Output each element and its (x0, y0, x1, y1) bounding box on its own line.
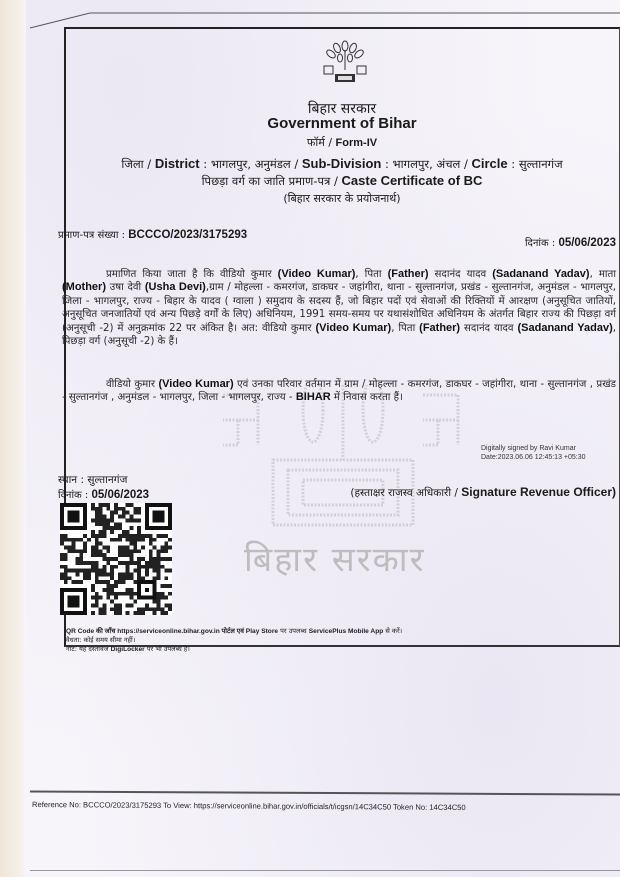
english-title: Government of Bihar (64, 115, 620, 132)
paper-edge (0, 0, 26, 877)
text: , पिता (391, 323, 419, 334)
text: उषा देवी (106, 282, 145, 293)
subdivision-label-en: Sub-Division (302, 156, 381, 171)
issue-date: दिनांक : 05/06/2023 (58, 487, 149, 501)
label-en: (Mother) (62, 281, 106, 293)
certificate-date: दिनांक : 05/06/2023 (525, 235, 616, 249)
certificate-number-label: प्रमाण-पत्र संख्या (58, 230, 118, 241)
bihar-emblem-icon (318, 38, 372, 84)
digital-signature-signer: Digitally signed by Ravi Kumar (481, 444, 586, 453)
text: , माता (590, 269, 616, 280)
text: पर भी उपलब्ध है। (145, 645, 190, 653)
district-label-hi: जिला (121, 157, 143, 171)
residence-paragraph: वीडियो कुमार (Video Kumar) एवं उनका परिव… (62, 378, 616, 405)
name-en: (Video Kumar) (278, 268, 356, 280)
name-en: (Video Kumar) (158, 378, 233, 390)
certificate-number: प्रमाण-पत्र संख्या : BCCCO/2023/3175293 (58, 227, 247, 241)
digital-signature: Digitally signed by Ravi Kumar Date:2023… (481, 444, 586, 462)
signature-label-hi: (हस्ताक्षर राजस्व अधिकारी / (350, 487, 461, 499)
certificate-purpose: (बिहार सरकार के प्रयोजनार्थ) (64, 191, 620, 206)
qr-notes: QR Code की जाँच https://serviceonline.bi… (66, 627, 402, 655)
text: , पिता (355, 269, 387, 280)
text: सदानंद यादव (460, 323, 517, 334)
certification-paragraph: प्रमाणित किया जाता है कि वीडियो कुमार (V… (62, 268, 616, 348)
text: Play Store (246, 628, 278, 635)
date-value: 05/06/2023 (558, 237, 616, 249)
district-label-en: District (155, 156, 200, 171)
issue-place: स्थान : सुल्तानगंज (58, 473, 127, 487)
digital-signature-date: Date:2023.06.06 12:45:13 +05:30 (481, 453, 586, 462)
form-label-hi: फॉर्म (307, 136, 325, 149)
certificate-title: पिछड़ा वर्ग का जाति प्रमाण-पत्र / Caste … (64, 173, 620, 189)
father-name-en: (Sadanand Yadav) (492, 268, 589, 280)
paper-bottom-edge (30, 870, 620, 871)
certificate-number-value: BCCCO/2023/3175293 (128, 229, 247, 241)
father-name-en: (Sadanand Yadav) (518, 322, 613, 334)
text: QR Code की जाँच https://serviceonline.bi… (66, 628, 246, 635)
qr-code-icon[interactable] (60, 503, 172, 615)
place-label: स्थान (58, 474, 77, 486)
name-en: (Video Kumar) (316, 322, 392, 334)
date-label: दिनांक (525, 238, 549, 249)
circle-label-en: Circle (472, 156, 508, 171)
certificate-title-hi: पिछड़ा वर्ग का जाति प्रमाण-पत्र (202, 174, 331, 188)
issue-date-label: दिनांक (58, 490, 82, 501)
validity-note: वैधता: कोई समय सीमा नहीं। (66, 636, 402, 645)
digilocker-note: नोट: यह दस्तावेज DigiLocker पर भी उपलब्ध… (66, 645, 402, 654)
text: ServicePlus Mobile App (309, 628, 384, 635)
jurisdiction-line: जिला / District : भागलपुर, अनुमंडल / Sub… (64, 156, 620, 172)
text: में निवास करता हैं। (331, 392, 403, 403)
signature-label-en: Signature Revenue Officer) (461, 485, 616, 499)
place-value: सुल्तानगंज (87, 474, 127, 486)
form-number: फॉर्म / Form-IV (64, 135, 620, 150)
subdivision-label-hi: अनुमंडल (255, 157, 291, 171)
issue-date-value: 05/06/2023 (91, 489, 149, 501)
form-label-en: Form-IV (336, 137, 378, 149)
circle-label-hi: अंचल (436, 157, 460, 171)
qr-verify-note: QR Code की जाँच https://serviceonline.bi… (66, 627, 402, 636)
text: वीडियो कुमार (106, 379, 158, 390)
label-en: (Father) (388, 268, 429, 280)
district-value: भागलपुर (211, 157, 248, 171)
signature-label: (हस्ताक्षर राजस्व अधिकारी / Signature Re… (350, 485, 616, 500)
text: DigiLocker (111, 646, 145, 653)
label-en: (Father) (419, 322, 460, 334)
text: पर उपलब्ध (278, 627, 309, 635)
certificate-title-en: Caste Certificate of BC (342, 173, 483, 188)
state-en: BIHAR (296, 391, 331, 403)
mother-name-en: (Usha Devi) (145, 281, 206, 293)
subdivision-value: भागलपुर (393, 157, 430, 171)
text: प्रमाणित किया जाता है कि वीडियो कुमार (106, 269, 278, 280)
text: से करें। (383, 627, 402, 635)
text: नोट: यह दस्तावेज (66, 645, 111, 653)
watermark-text: बिहार सरकार (244, 535, 426, 581)
circle-value: सुल्तानगंज (519, 157, 563, 171)
text: सदानंद यादव (429, 269, 493, 280)
